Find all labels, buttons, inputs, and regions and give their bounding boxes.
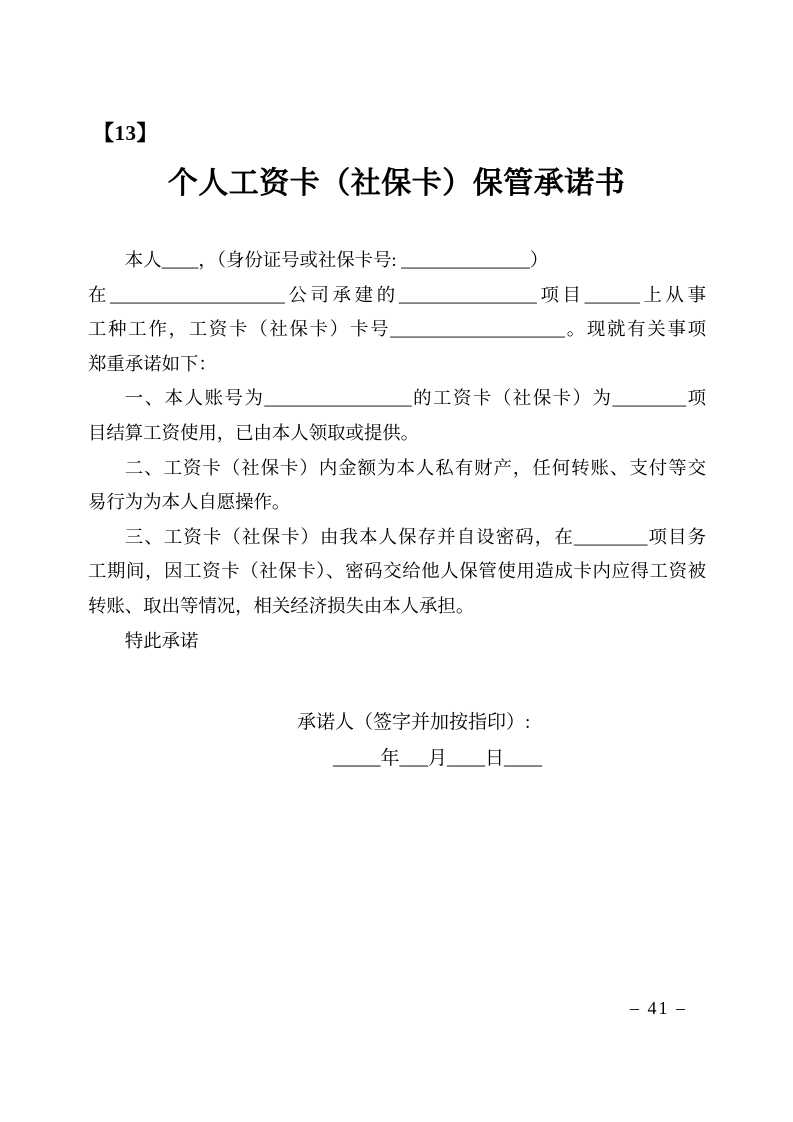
body-line: 工种工作，工资卡（社保卡）卡号___________________。现就有关事…: [88, 312, 706, 347]
page-number: – 41 –: [630, 998, 687, 1019]
body-line: 工期间，因工资卡（社保卡）、密码交给他人保管使用造成卡内应得工资被: [88, 554, 706, 589]
body-line: 一、本人账号为________________的工资卡（社保卡）为_______…: [88, 381, 706, 416]
page-title: 个人工资卡（社保卡）保管承诺书: [0, 158, 793, 202]
body-line: 郑重承诺如下：: [88, 347, 706, 382]
body-text: 本人____，（身份证号或社保卡号: ______________）在_____…: [88, 243, 706, 658]
body-line: 三、工资卡（社保卡）由我本人保存并自设密码，在________项目务: [88, 520, 706, 555]
body-line: 易行为为本人自愿操作。: [88, 485, 706, 520]
body-line: 目结算工资使用，已由本人领取或提供。: [88, 416, 706, 451]
body-line: 特此承诺: [88, 624, 706, 659]
signature-date-line: _____年___月____日____: [333, 744, 542, 774]
body-line: 在___________________公司承建的_______________…: [88, 278, 706, 313]
body-line: 转账、取出等情况，相关经济损失由本人承担。: [88, 589, 706, 624]
doc-number: 【13】: [93, 117, 158, 147]
document-page: 【13】 个人工资卡（社保卡）保管承诺书 本人____，（身份证号或社保卡号: …: [0, 0, 793, 1122]
signature-label: 承诺人（签字并加按指印）:: [297, 708, 530, 738]
body-line: 本人____，（身份证号或社保卡号: ______________）: [88, 243, 706, 278]
body-line: 二、工资卡（社保卡）内金额为本人私有财产，任何转账、支付等交: [88, 451, 706, 486]
